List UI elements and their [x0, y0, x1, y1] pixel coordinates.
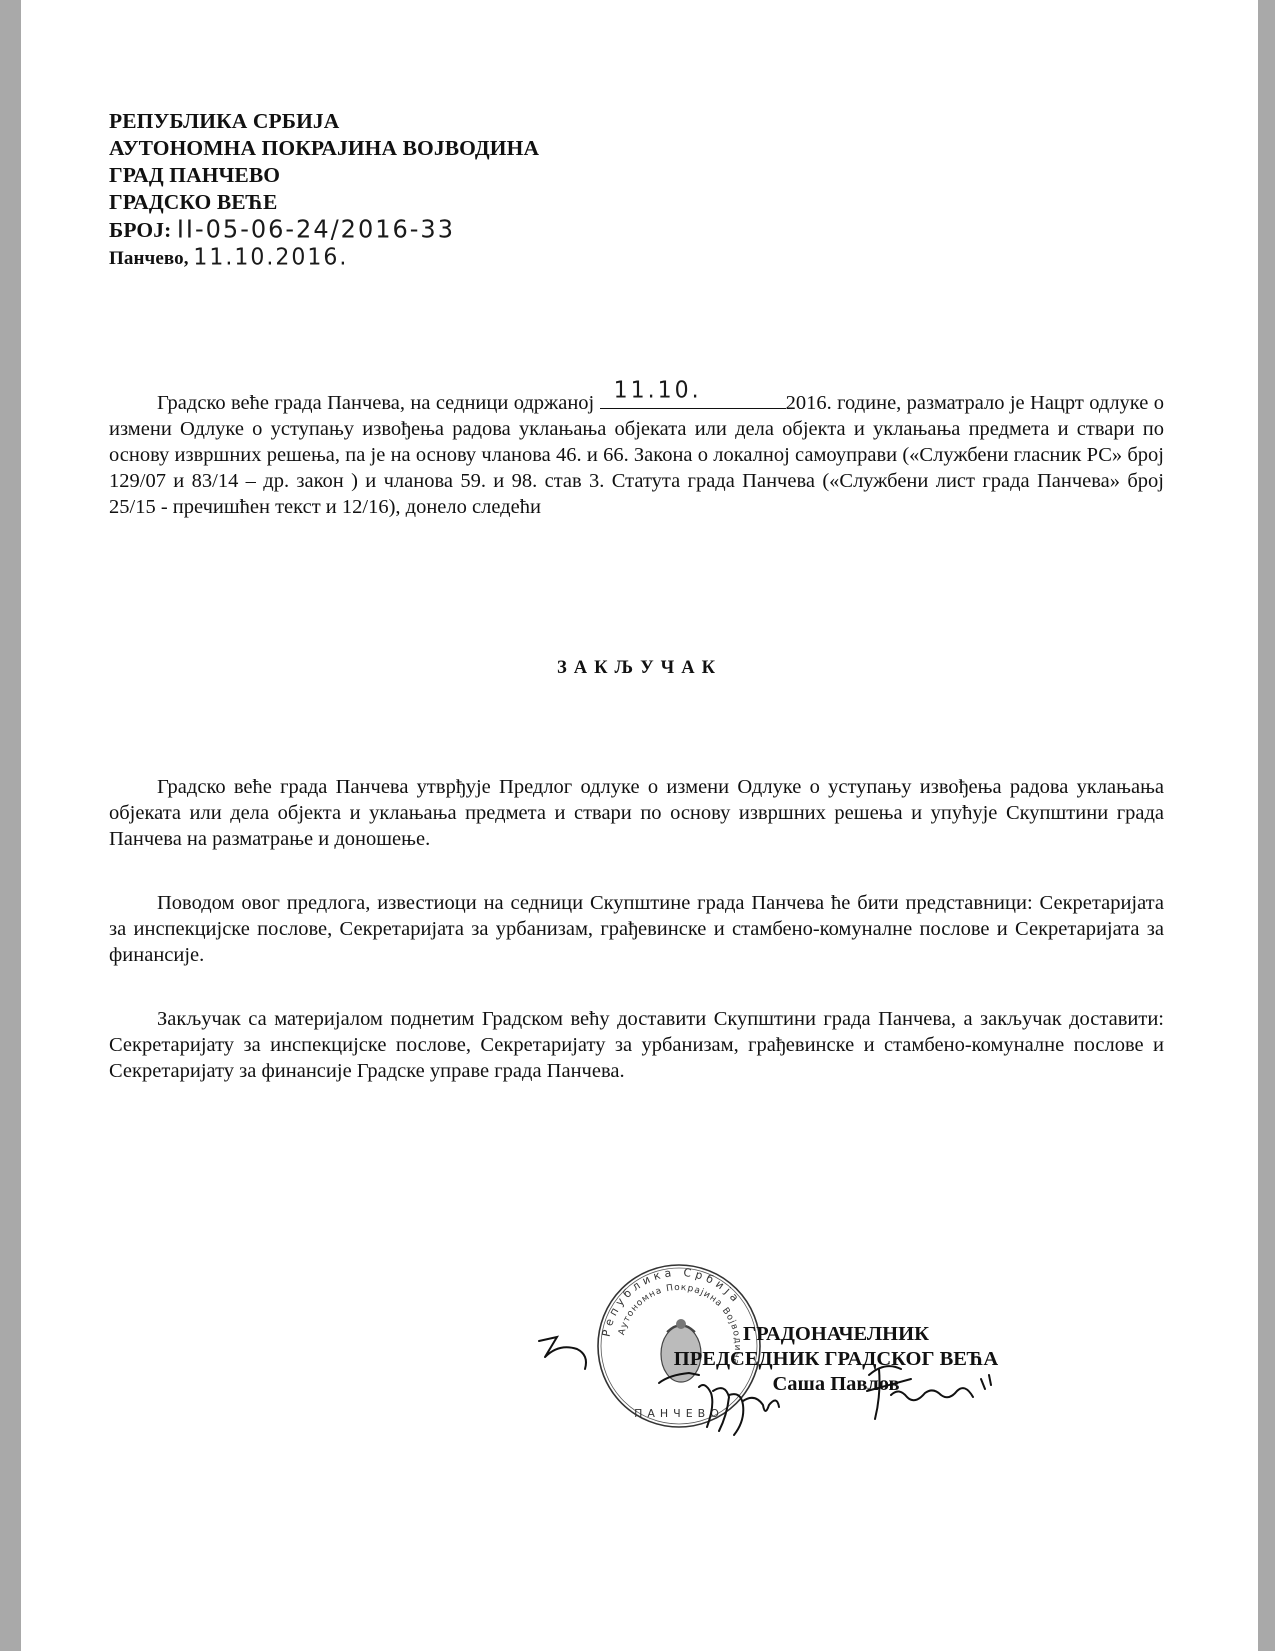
place-date: Панчево, 11.10.2016. [109, 244, 539, 272]
body-text: Градско веће града Панчева утврђује Пред… [109, 776, 1164, 850]
handwritten-date: 11.10.2016. [193, 243, 348, 271]
place-label: Панчево, [109, 248, 189, 269]
letterhead-line: ГРАДСКО ВЕЋЕ [109, 189, 539, 216]
document-title: ЗАКЉУЧАК [21, 658, 1258, 679]
letterhead-line: РЕПУБЛИКА СРБИЈА [109, 108, 539, 135]
intro-paragraph: Градско веће града Панчева, на седници о… [109, 386, 1164, 520]
document-page: РЕПУБЛИКА СРБИЈА АУТОНОМНА ПОКРАЈИНА ВОЈ… [21, 0, 1258, 1651]
document-number: БРОЈ: II-05-06-24/2016-33 [109, 216, 539, 244]
document-number-value: II-05-06-24/2016-33 [177, 215, 455, 243]
letterhead: РЕПУБЛИКА СРБИЈА АУТОНОМНА ПОКРАЈИНА ВОЈ… [109, 108, 539, 272]
body-paragraph-1: Градско веће града Панчева утврђује Пред… [109, 774, 1164, 852]
handwritten-session-date: 11.10. [614, 377, 702, 404]
session-date-blank: 11.10. [600, 386, 786, 409]
body-text: Поводом овог предлога, известиоци на сед… [109, 892, 1164, 966]
document-number-label: БРОЈ: [109, 218, 171, 242]
letterhead-line: АУТОНОМНА ПОКРАЈИНА ВОЈВОДИНА [109, 135, 539, 162]
body-text: Закључак са материјалом поднетим Градско… [109, 1008, 1164, 1082]
body-paragraph-2: Поводом овог предлога, известиоци на сед… [109, 890, 1164, 968]
intro-text-start: Градско веће града Панчева, на седници о… [157, 392, 600, 414]
body-paragraph-3: Закључак са материјалом поднетим Градско… [109, 1006, 1164, 1084]
handwritten-signature-icon [529, 1335, 1049, 1445]
letterhead-line: ГРАД ПАНЧЕВО [109, 162, 539, 189]
